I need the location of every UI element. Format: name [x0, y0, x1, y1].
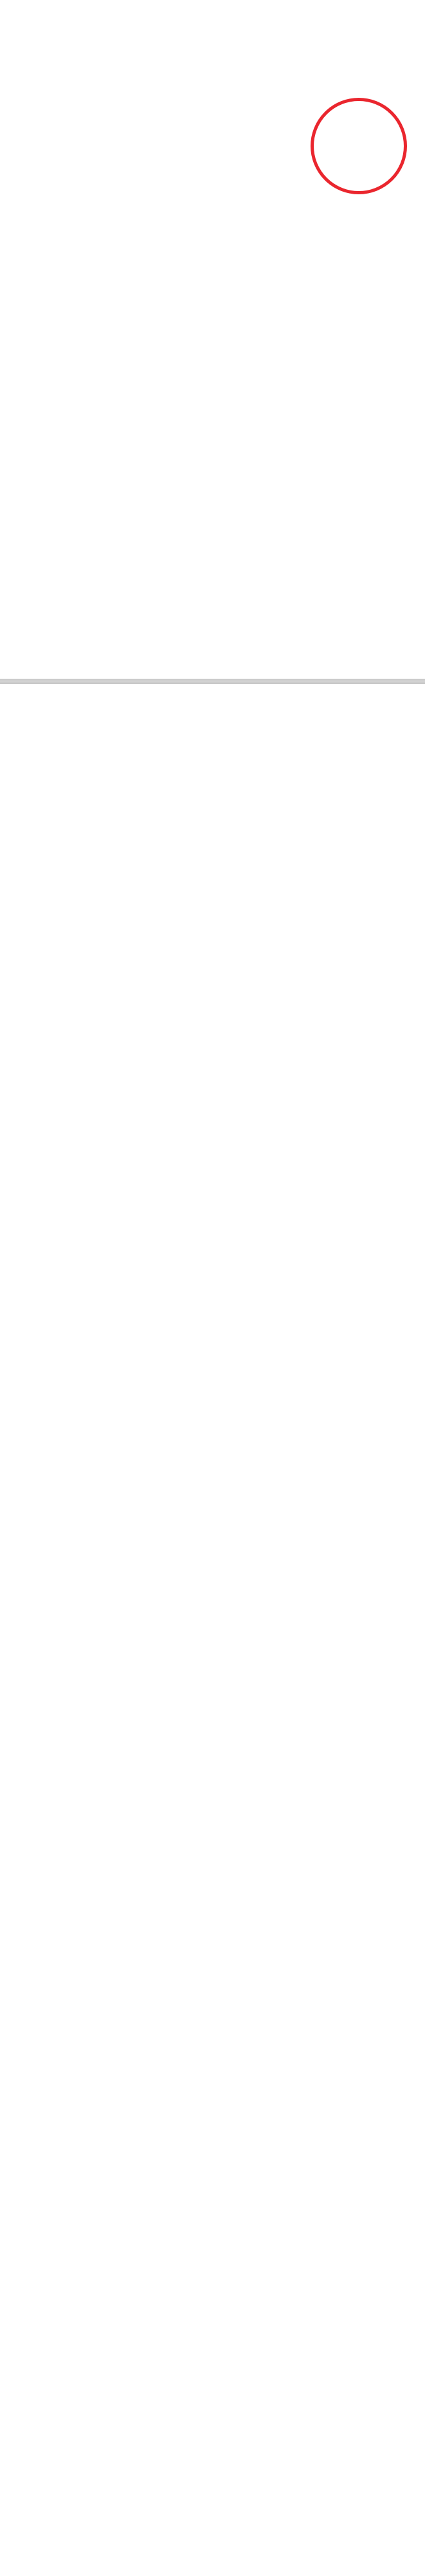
page-separator — [0, 679, 425, 684]
seal-ring-text — [314, 101, 404, 191]
page-1 — [0, 0, 425, 679]
company-seal-stamp — [311, 98, 407, 194]
page-2 — [0, 684, 425, 1406]
